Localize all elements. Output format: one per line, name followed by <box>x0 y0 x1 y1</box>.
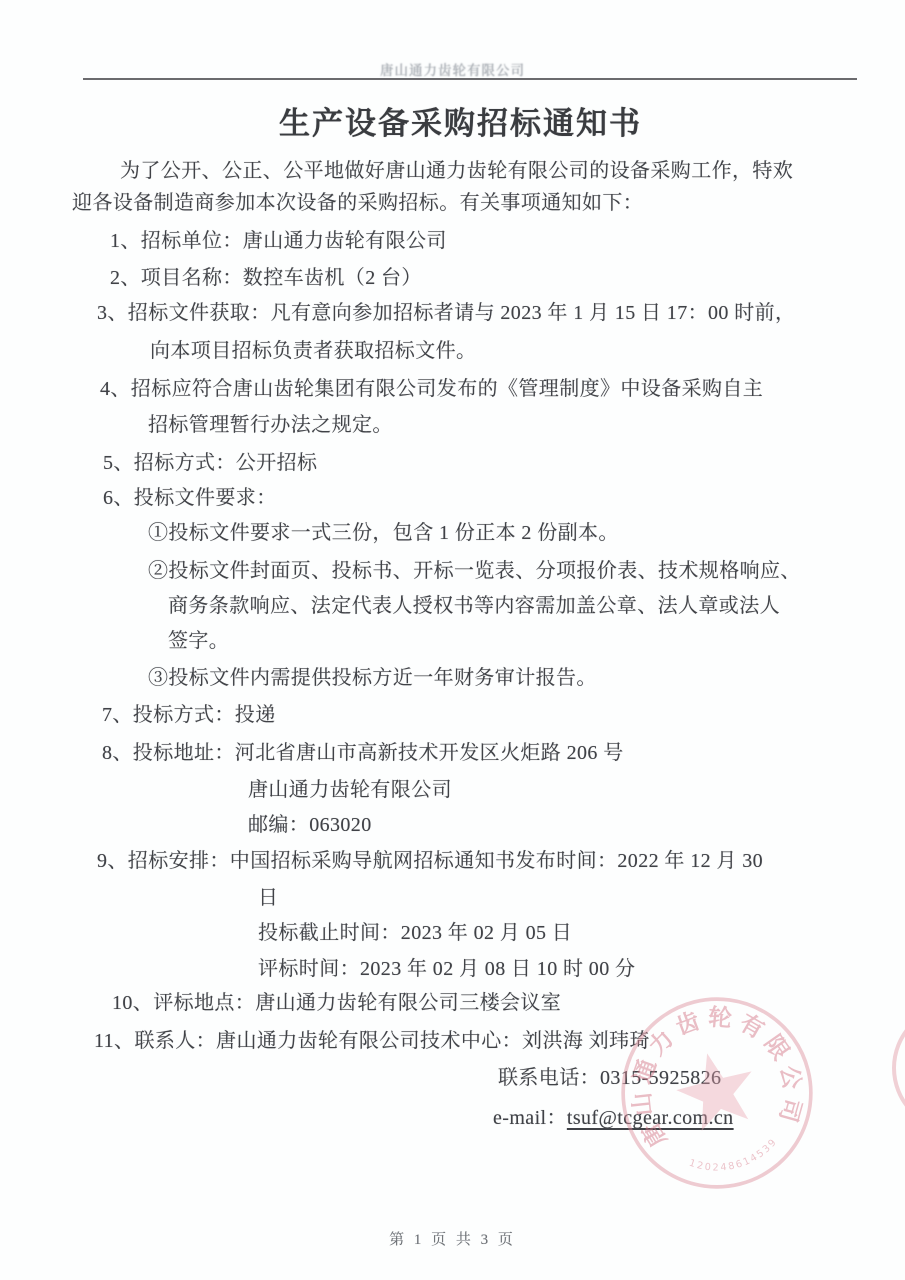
doc-line-sub2a: ②投标文件封面页、投标书、开标一览表、分项报价表、技术规格响应、 <box>148 558 801 584</box>
doc-line-item8c: 邮编：063020 <box>248 812 372 838</box>
email-address: tsuf@tcgear.com.cn <box>567 1107 734 1129</box>
doc-line-item9c: 投标截止时间：2023 年 02 月 05 日 <box>258 920 572 946</box>
doc-line-item8a: 8、投标地址：河北省唐山市高新技术开发区火炬路 206 号 <box>102 740 624 766</box>
doc-line-item9d: 评标时间：2023 年 02 月 08 日 10 时 00 分 <box>258 956 635 982</box>
doc-line-intro2: 迎各设备制造商参加本次设备的采购招标。有关事项通知如下： <box>72 190 643 216</box>
doc-line-item3a: 3、招标文件获取：凡有意向参加招标者请与 2023 年 1 月 15 日 17：… <box>97 300 795 326</box>
doc-line-item8b: 唐山通力齿轮有限公司 <box>248 777 452 803</box>
doc-line-item9b: 日 <box>258 885 278 911</box>
doc-line-item10: 10、评标地点：唐山通力齿轮有限公司三楼会议室 <box>112 990 561 1016</box>
page-number-footer: 第 1 页 共 3 页 <box>0 1228 905 1249</box>
doc-line-intro1: 为了公开、公正、公平地做好唐山通力齿轮有限公司的设备采购工作，特欢 <box>120 158 793 184</box>
doc-line-item2: 2、项目名称：数控车齿机（2 台） <box>110 265 422 291</box>
document-title: 生产设备采购招标通知书 <box>0 98 905 143</box>
doc-line-sub2c: 签字。 <box>168 628 229 654</box>
email-label: e-mail： <box>493 1107 567 1129</box>
doc-line-phone: 联系电话：0315-5925826 <box>498 1065 721 1091</box>
doc-line-sub3: ③投标文件内需提供投标方近一年财务审计报告。 <box>148 665 597 691</box>
doc-line-sub2b: 商务条款响应、法定代表人授权书等内容需加盖公章、法人章或法人 <box>168 593 780 619</box>
doc-line-item9a: 9、招标安排：中国招标采购导航网招标通知书发布时间：2022 年 12 月 30 <box>97 848 763 874</box>
partial-seal-edge <box>892 1004 905 1132</box>
header-divider <box>83 78 857 80</box>
doc-line-item1: 1、招标单位：唐山通力齿轮有限公司 <box>110 228 447 254</box>
doc-line-item4a: 4、招标应符合唐山齿轮集团有限公司发布的《管理制度》中设备采购自主 <box>100 376 763 402</box>
doc-line-item3b: 向本项目招标负责者获取招标文件。 <box>150 338 476 364</box>
doc-line-item11a: 11、联系人：唐山通力齿轮有限公司技术中心：刘洪海 刘玮琦 <box>94 1028 650 1054</box>
seal-ring <box>603 979 831 1207</box>
doc-line-item7: 7、投标方式：投递 <box>102 702 276 728</box>
doc-line-email: e-mail：tsuf@tcgear.com.cn <box>493 1105 734 1131</box>
doc-line-item6: 6、投标文件要求： <box>103 485 277 511</box>
page-header-company: 唐山通力齿轮有限公司 <box>0 59 905 79</box>
doc-line-item5: 5、招标方式：公开招标 <box>103 450 317 476</box>
scanned-document-page: 唐山通力齿轮有限公司 生产设备采购招标通知书 为了公开、公正、公平地做好唐山通力… <box>0 0 905 1280</box>
company-seal-stamp: 唐山通力齿轮有限公司 1202486145398 <box>593 969 840 1216</box>
doc-line-sub1: ①投标文件要求一式三份，包含 1 份正本 2 份副本。 <box>148 520 619 546</box>
doc-line-item4b: 招标管理暂行办法之规定。 <box>148 412 393 438</box>
